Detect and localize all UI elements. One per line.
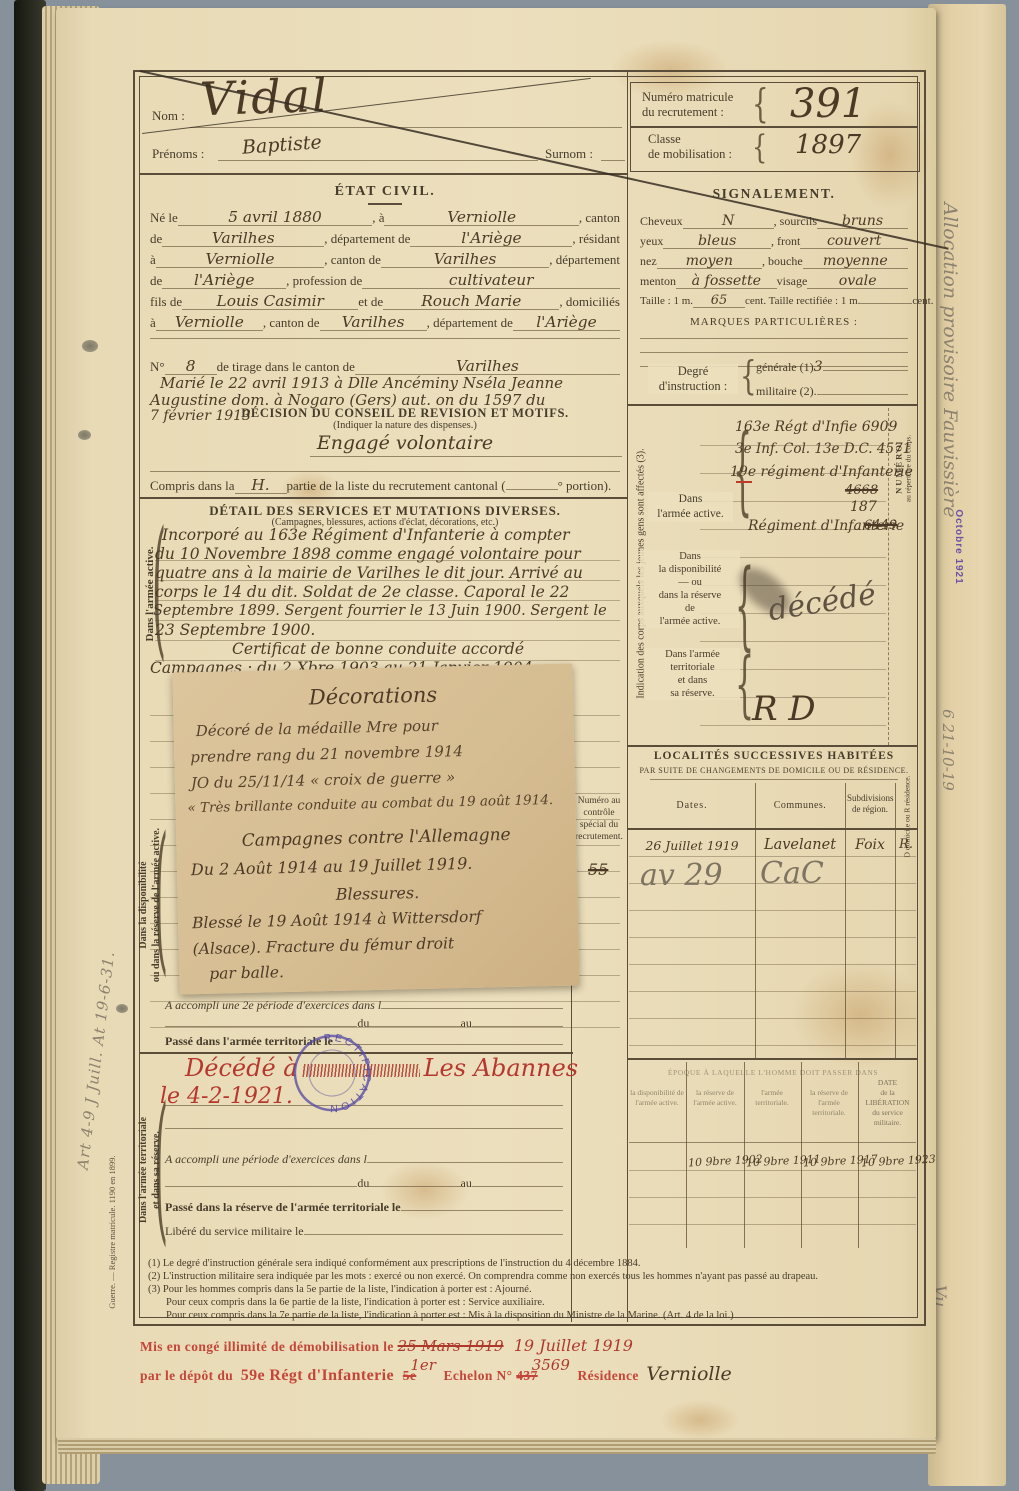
text-segment: , bouche	[762, 254, 803, 269]
localites-pencil-date: av 29	[640, 858, 723, 893]
text-segment: partie de la liste du recrutement canton…	[287, 478, 506, 494]
deces-note-line2: le 4-2-1921.	[160, 1086, 293, 1108]
text-segment	[165, 1128, 563, 1129]
epoques-value: 10 9bre 1911	[746, 1155, 802, 1169]
spine-imprint: Guerre. — Registre matricule. 1190 en 18…	[107, 1112, 117, 1352]
text-segment	[401, 1210, 563, 1211]
text-segment	[506, 489, 558, 490]
corps-active-line: 3e Inf. Col. 13e D.C. 4571	[735, 443, 911, 457]
glued-note: Décorations Décoré de la médaille Mre po…	[172, 664, 579, 995]
column-divider	[627, 70, 628, 1322]
etat-civil-line: àVerniolle, canton deVarilhes, départeme…	[150, 252, 620, 268]
text-line: militaire.	[860, 1118, 915, 1128]
text-line: Dans	[648, 492, 733, 507]
note-line: JO du 25/11/14 « croix de guerre »	[191, 770, 456, 791]
text-segment: bleus	[663, 234, 771, 249]
text-segment: 5 avril 1880	[178, 210, 372, 226]
demob-stamp-line1: Mis en congé illimité de démobilisation …	[140, 1336, 633, 1355]
corps-active-crossed: 4668	[845, 484, 878, 497]
text-segment: ° portion).	[558, 478, 612, 494]
text-segment: , canton de	[324, 252, 381, 268]
text-segment: l'Ariège	[410, 231, 572, 247]
text-segment: , à	[372, 210, 384, 226]
text-segment: , profession de	[286, 273, 362, 289]
text-line: l'armée active.	[640, 615, 740, 628]
epoques-col-header: la réserve de l'armée territoriale.	[802, 1088, 856, 1118]
corps-dispo-crossed: 6449	[864, 519, 897, 532]
text-segment: de	[150, 231, 162, 247]
demob-stamp-line2: par le dépôt du 59e Régt d'Infanterie 5e…	[140, 1363, 732, 1385]
brace-glyph: {	[740, 355, 757, 400]
decision-subtitle: (Indiquer la nature des dispenses.)	[190, 420, 620, 431]
services-line: Certificat de bonne conduite accordé	[232, 642, 524, 658]
text-segment: , résidant	[572, 231, 620, 247]
title-rule	[368, 203, 402, 205]
text-segment	[472, 1186, 563, 1187]
text-segment: du	[357, 1176, 369, 1191]
text-segment: visage	[777, 274, 808, 289]
text-segment: menton	[640, 274, 676, 289]
title-rule	[650, 779, 898, 780]
deces-place: Les Abannes	[424, 1054, 579, 1082]
text-line: de	[640, 602, 740, 615]
etat-civil-line: fils deLouis Casimiret deRouch Marie, do…	[150, 294, 620, 310]
prenoms-line	[218, 160, 538, 161]
text-segment: l'Ariège	[513, 315, 620, 331]
footnote: Pour ceux compris dans la 6e partie de l…	[166, 1297, 916, 1308]
note-title: Décorations	[173, 681, 573, 711]
matricule-box-divider	[630, 126, 918, 128]
text-segment: à fossette	[676, 274, 777, 289]
text-segment: 1er	[410, 1356, 436, 1374]
text-segment: moyenne	[803, 254, 908, 269]
instruction-generale: générale (1)3	[756, 360, 908, 375]
corps-active-number: 187	[850, 500, 877, 514]
epoques-col-header: la réserve de l'armée active.	[688, 1088, 742, 1108]
header-divider	[139, 173, 627, 175]
footnote: (1) Le degré d'instruction générale sera…	[148, 1258, 916, 1269]
footnote: (3) Pour les hommes compris dans la 5e p…	[148, 1284, 916, 1295]
note-line: « Très brillante conduite au combat du 1…	[187, 794, 553, 816]
note-campagnes-line: Du 2 Août 1914 au 19 Juillet 1919.	[191, 856, 473, 878]
text-segment: yeux	[640, 234, 663, 249]
text-segment: cultivateur	[362, 273, 620, 289]
text-segment	[860, 303, 912, 304]
corps-active-label: Dansl'armée active.	[648, 492, 733, 522]
text-line: Classe	[648, 132, 732, 147]
col-header-communes: Communes.	[757, 800, 843, 811]
text-segment	[367, 1162, 563, 1163]
services-line: corps le 14 du dit. Soldat de 2e classe.…	[155, 585, 569, 601]
localites-row-commune: Lavelanet	[757, 838, 843, 853]
text-segment: nez	[640, 254, 657, 269]
text-segment: Libéré du service militaire le	[165, 1224, 304, 1239]
period-row: A accompli une période d'exercices dans …	[165, 1152, 563, 1167]
text-segment	[823, 370, 908, 371]
brace-glyph: {	[752, 83, 769, 128]
section-divider	[628, 1058, 918, 1060]
text-line: DATE	[860, 1078, 915, 1088]
localites-subtitle: PAR SUITE DE CHANGEMENTS DE DOMICILE OU …	[630, 766, 918, 775]
services-line: du 10 Novembre 1898 comme engagé volonta…	[155, 547, 581, 563]
note-line: Décoré de la médaille Mre pour	[196, 719, 439, 739]
signalement-row: yeuxbleus, frontcouvert	[640, 234, 908, 249]
text-segment	[304, 1234, 563, 1235]
period-row	[165, 1128, 563, 1129]
text-segment: militaire (2).	[756, 384, 817, 399]
text-line: Dans l'armée	[645, 648, 740, 661]
text-segment: bruns	[817, 214, 908, 229]
text-segment: 3	[814, 360, 823, 374]
text-segment: moyen	[657, 254, 762, 269]
text-line: Dans l'armée territoriale	[137, 1080, 150, 1260]
col-header-dates: Dates.	[631, 800, 753, 811]
compris-line: Compris dans laH.partie de la liste du r…	[150, 478, 620, 494]
note-blessures-title: Blessures.	[177, 881, 577, 906]
classe-label: Classede mobilisation :	[648, 132, 732, 162]
signalement-row: CheveuxN, sourcilsbruns	[640, 214, 908, 229]
text-segment: , front	[771, 234, 800, 249]
text-segment	[165, 1186, 357, 1187]
text-line: et dans	[645, 674, 740, 687]
text-segment: par le dépôt du	[140, 1368, 241, 1384]
text-segment: l'Ariège	[162, 273, 286, 289]
period-row: Libéré du service militaire le	[165, 1224, 563, 1239]
text-segment	[369, 1186, 460, 1187]
text-segment: Varilhes	[320, 315, 427, 331]
epoques-col-header: l'armée territoriale.	[745, 1088, 799, 1108]
text-segment: fils de	[150, 294, 182, 310]
margin-note-code: 6 21-10-19	[939, 620, 957, 880]
text-segment: Résidence	[570, 1368, 646, 1384]
text-segment: Varilhes	[355, 359, 620, 375]
col-header-subdivisions: Subdivisions de région.	[847, 793, 893, 815]
text-line: l'armée active.	[648, 507, 733, 522]
header-rule	[629, 1142, 916, 1143]
note-line: prendre rang du 21 novembre 1914	[190, 744, 463, 765]
text-segment	[817, 394, 908, 395]
note-line: (Alsace). Fracture du fémur droit	[193, 936, 455, 957]
text-segment: couvert	[800, 234, 908, 249]
decision-line	[310, 456, 622, 457]
taille-row: Taille : 1 m.65cent. Taille rectifiée : …	[640, 294, 908, 309]
text-segment: Verniolle	[646, 1363, 731, 1385]
text-segment: générale (1)	[756, 360, 814, 375]
text-segment: Varilhes	[162, 231, 324, 247]
text-segment: Verniolle	[384, 210, 578, 226]
etat-civil-line: deVarilhes, département del'Ariège, rési…	[150, 231, 620, 247]
text-segment: , département de	[324, 231, 410, 247]
etat-civil-line: del'Ariège, profession decultivateur	[150, 273, 620, 289]
text-line: Degré	[648, 364, 738, 379]
text-line: de mobilisation :	[648, 147, 732, 162]
section-divider	[628, 404, 918, 406]
repertoire-col-border	[888, 408, 889, 745]
matricule-value: 391	[790, 84, 866, 124]
instruction-label: Degréd'instruction :	[648, 364, 738, 394]
localites-title: LOCALITÉS SUCCESSIVES HABITÉES	[630, 750, 918, 762]
text-line: la disponibilité	[640, 563, 740, 576]
etat-civil-title: ÉTAT CIVIL.	[150, 184, 620, 200]
prenoms-label: Prénoms :	[152, 146, 204, 162]
text-segment: ovale	[807, 274, 908, 289]
surnom-label: Surnom :	[545, 146, 593, 162]
text-segment: Taille : 1 m.	[640, 295, 693, 309]
localites-row-dr: R.	[897, 838, 915, 851]
text-line: LIBÉRATION	[860, 1098, 915, 1108]
services-line: quatre ans à la mairie de Varilhes le di…	[155, 566, 583, 582]
text-line: Dans	[640, 550, 740, 563]
text-segment: Varilhes	[381, 252, 549, 268]
surnom-line	[601, 160, 625, 161]
text-segment: Cheveux	[640, 214, 683, 229]
localites-row-subdivision: Foix	[847, 838, 893, 852]
tirage-line: N°8de tirage dans le canton deVarilhes	[150, 359, 620, 375]
text-segment: Verniolle	[156, 315, 263, 331]
epoques-value: 10 9bre 1923	[861, 1155, 917, 1169]
period-row: Passé dans la réserve de l'armée territo…	[165, 1200, 563, 1215]
text-segment: et de	[358, 294, 383, 310]
signalement-row: nezmoyen, bouchemoyenne	[640, 254, 908, 269]
text-segment: N	[683, 214, 774, 229]
note-campagnes-title: Campagnes contre l'Allemagne	[176, 825, 576, 851]
matricule-label: Numéro matriculedu recrutement :	[642, 90, 733, 120]
decision-value: Engagé volontaire	[190, 434, 620, 453]
blank-line	[150, 471, 620, 472]
epoques-header: ÉPOQUE À LAQUELLE L'HOMME DOIT PASSER DA…	[630, 1068, 916, 1077]
text-segment: 3569	[532, 1356, 570, 1374]
text-segment: de	[150, 273, 162, 289]
terr-initials: R D	[752, 692, 816, 726]
scanned-military-record: Allocation provisoire Fauvissière 1 Octo…	[0, 0, 1019, 1491]
paper-hole	[82, 340, 98, 352]
text-segment: , canton	[579, 210, 620, 226]
text-line: sa réserve.	[645, 687, 740, 700]
text-line: dans la réserve	[640, 589, 740, 602]
text-line: de la	[860, 1088, 915, 1098]
margin-date-stamp: Octobre 1921	[946, 507, 964, 587]
epoques-col-header: la disponibilité de l'armée active.	[630, 1088, 684, 1108]
text-segment	[150, 338, 620, 339]
text-segment: H.	[235, 478, 287, 494]
etat-civil-line	[150, 338, 620, 339]
paper-hole	[116, 1004, 128, 1013]
text-segment: Echelon N°	[436, 1368, 516, 1384]
marques-label: MARQUES PARTICULIÈRES :	[630, 316, 918, 328]
note-line: Blessé le 19 Août 1914 à Wittersdorf	[192, 910, 482, 932]
blank-line	[640, 352, 908, 353]
localites-row-date: 26 Juillet 1919	[631, 840, 753, 853]
note-line: par balle.	[209, 965, 284, 982]
text-segment: 8	[165, 359, 217, 375]
text-segment: cent. Taille rectifiée : 1 m.	[745, 295, 860, 309]
epoques-date-header: DATEde laLIBÉRATIONdu servicemilitaire.	[860, 1078, 915, 1128]
services-line: Incorporé au 163e Régiment d'Infanterie …	[162, 528, 570, 544]
brace-glyph: {	[752, 128, 767, 166]
text-segment: 25 Mars 1919	[398, 1337, 504, 1355]
text-line: d'instruction :	[648, 379, 738, 394]
text-segment: au	[461, 1176, 472, 1191]
text-segment: , canton de	[263, 315, 320, 331]
text-segment: Mis en congé illimité de démobilisation …	[140, 1339, 398, 1355]
text-line: du recrutement :	[642, 105, 733, 120]
paper-hole	[78, 430, 91, 440]
text-segment: 59e Régt d'Infanterie	[241, 1367, 403, 1385]
signalement-row: mentonà fossettevisageovale	[640, 274, 908, 289]
etat-civil-line: àVerniolle, canton deVarilhes, départeme…	[150, 315, 620, 331]
epoques-value: 10 9bre 1917	[803, 1155, 859, 1169]
text-segment: Compris dans la	[150, 478, 235, 494]
footnote: (2) L'instruction militaire sera indiqué…	[148, 1271, 916, 1282]
localites-pencil-commune: CaC	[760, 856, 824, 891]
services-line: Septembre 1899. Sergent fourrier le 13 J…	[153, 604, 607, 619]
text-segment: , domiciliés	[559, 294, 620, 310]
text-segment: , département de	[427, 315, 513, 331]
text-line: territoriale	[645, 661, 740, 674]
text-segment: Né le	[150, 210, 178, 226]
corps-active-line: 163e Régt d'Infie 6909	[735, 420, 897, 434]
corps-terr-label: Dans l'arméeterritorialeet danssa réserv…	[645, 648, 740, 700]
signalement-title: SIGNALEMENT.	[630, 186, 918, 202]
classe-value: 1897	[795, 132, 861, 158]
text-segment: 65	[693, 294, 745, 308]
instruction-militaire: militaire (2).	[756, 384, 908, 399]
text-line: — ou	[640, 576, 740, 589]
text-line: Numéro matricule	[642, 90, 733, 105]
epoques-value: 10 9bre 1902	[688, 1155, 744, 1169]
section-divider	[139, 497, 627, 499]
marriage-note-line: Marié le 22 avril 1913 à Dlle Ancéminy N…	[160, 376, 563, 391]
section-divider	[628, 745, 918, 747]
decision-title: DÉCISION DU CONSEIL DE REVISION ET MOTIF…	[190, 406, 620, 421]
text-segment: Rouch Marie	[383, 294, 559, 310]
text-segment: N°	[150, 359, 165, 375]
blank-line	[640, 338, 908, 339]
services-line: 23 Septembre 1900.	[155, 623, 315, 639]
red-tick-mark	[736, 481, 752, 483]
footnote: Pour ceux compris dans la 7e partie de l…	[166, 1310, 916, 1321]
text-segment: Louis Casimir	[182, 294, 358, 310]
text-segment: , département	[549, 252, 620, 268]
text-segment: Verniolle	[156, 252, 324, 268]
text-line: Dans la disponibilité	[137, 800, 150, 1010]
text-segment: , sourcils	[774, 214, 817, 229]
corps-dispo-label: Dansla disponibilité— oudans la réserved…	[640, 550, 740, 628]
text-segment: A accompli une période d'exercices dans …	[165, 1152, 367, 1167]
text-line: du service	[860, 1108, 915, 1118]
bottom-page-edges	[58, 1438, 936, 1454]
etat-civil-line: Né le5 avril 1880, àVerniolle, canton	[150, 210, 620, 226]
period-row: duau	[165, 1176, 563, 1191]
text-segment: cent.	[912, 295, 933, 309]
text-segment: de tirage dans le canton de	[217, 359, 355, 375]
text-segment: 19 Juillet 1919	[504, 1336, 633, 1355]
text-segment: Passé dans la réserve de l'armée territo…	[165, 1200, 401, 1215]
corps-active-line: 19e régiment d'Infanterie	[730, 465, 913, 479]
nom-label: Nom :	[152, 108, 185, 124]
